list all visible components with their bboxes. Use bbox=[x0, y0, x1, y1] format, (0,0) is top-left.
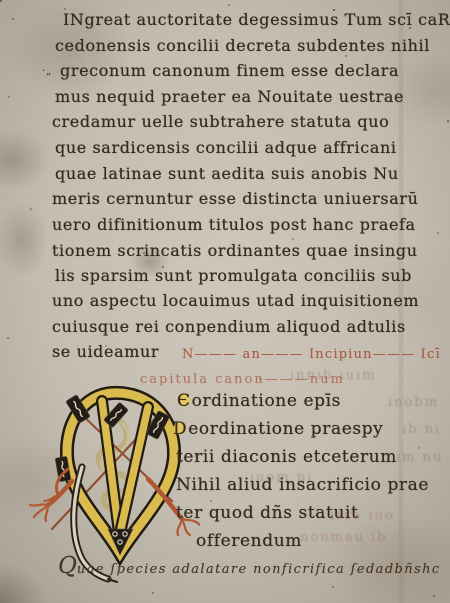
showthrough-text: ınobm bbox=[388, 395, 439, 410]
capitula-line: Єordinatione epīs bbox=[176, 393, 341, 410]
minor-initial: D bbox=[172, 421, 188, 438]
text-line: tionem scrincatis ordinantes quae insing… bbox=[52, 243, 418, 259]
orange-hook bbox=[44, 469, 68, 501]
capitula-line: terii diaconis etceterum bbox=[176, 449, 397, 466]
text-line: greconum canonum finem esse declara bbox=[60, 63, 399, 79]
text-line: credamur uelle subtrahere statuta quo bbox=[52, 114, 389, 130]
text-line: lis sparsim sunt promulgata conciliis su… bbox=[55, 268, 412, 284]
gloss-line: Quae ſpecies adalatare nonficrifica ſeda… bbox=[58, 553, 441, 579]
text-line: mus nequid praeter ea Nouitate uestrae bbox=[55, 89, 404, 105]
text-line: meris cernuntur esse distincta uniuersar… bbox=[52, 191, 419, 207]
manuscript-page: INgreat auctoritate degessimus Tum scī c… bbox=[0, 0, 450, 603]
showthrough-text: ım nu bbox=[396, 450, 443, 465]
showthrough-text: ıb nı bbox=[402, 422, 441, 437]
capitula-text: ordinatione epīs bbox=[192, 391, 341, 411]
insertion-mark: ·„ bbox=[42, 66, 52, 77]
text-line: se uideamur bbox=[52, 344, 159, 360]
capitula-line: offerendum bbox=[196, 533, 302, 550]
showthrough-text: ınnıb ıuım bbox=[290, 368, 377, 383]
text-line: cuiusque rei conpendium aliquod adtulis bbox=[52, 319, 406, 335]
capitula-text: offerendum bbox=[196, 531, 302, 551]
gloss-text: uae ſpecies adalatare nonficrifica ſedad… bbox=[77, 562, 441, 577]
text-line: uero difinitionum titulos post hanc prae… bbox=[52, 217, 416, 233]
text-line: que sardicensis concilii adque affricani bbox=[55, 140, 397, 156]
capitula-text: terii diaconis etceterum bbox=[176, 447, 397, 467]
text-line: cedonensis concilii decreta subdentes ni… bbox=[55, 38, 430, 54]
rubric-line: N——— an——— Incipiun——— Icī bbox=[182, 347, 441, 362]
minor-initial: Є bbox=[176, 393, 192, 410]
showthrough-text: ıuom nı bbox=[250, 470, 313, 485]
text-line: quae latinae sunt aedita suis anobis Nu bbox=[55, 166, 399, 182]
text-line: INgreat auctoritate degessimus Tum scī c… bbox=[63, 12, 450, 28]
text-line: uno aspectu locauimus utad inquisitionem bbox=[52, 293, 419, 309]
gloss-initial: Q bbox=[58, 553, 77, 579]
showthrough-text: nonmau ıb bbox=[300, 530, 388, 545]
parchment-speckles bbox=[0, 0, 2, 2]
capitula-line: Deordinatione praespy bbox=[172, 421, 383, 438]
showthrough-text: ırra ıuo bbox=[330, 508, 395, 523]
capitula-text: eordinatione praespy bbox=[188, 419, 383, 439]
